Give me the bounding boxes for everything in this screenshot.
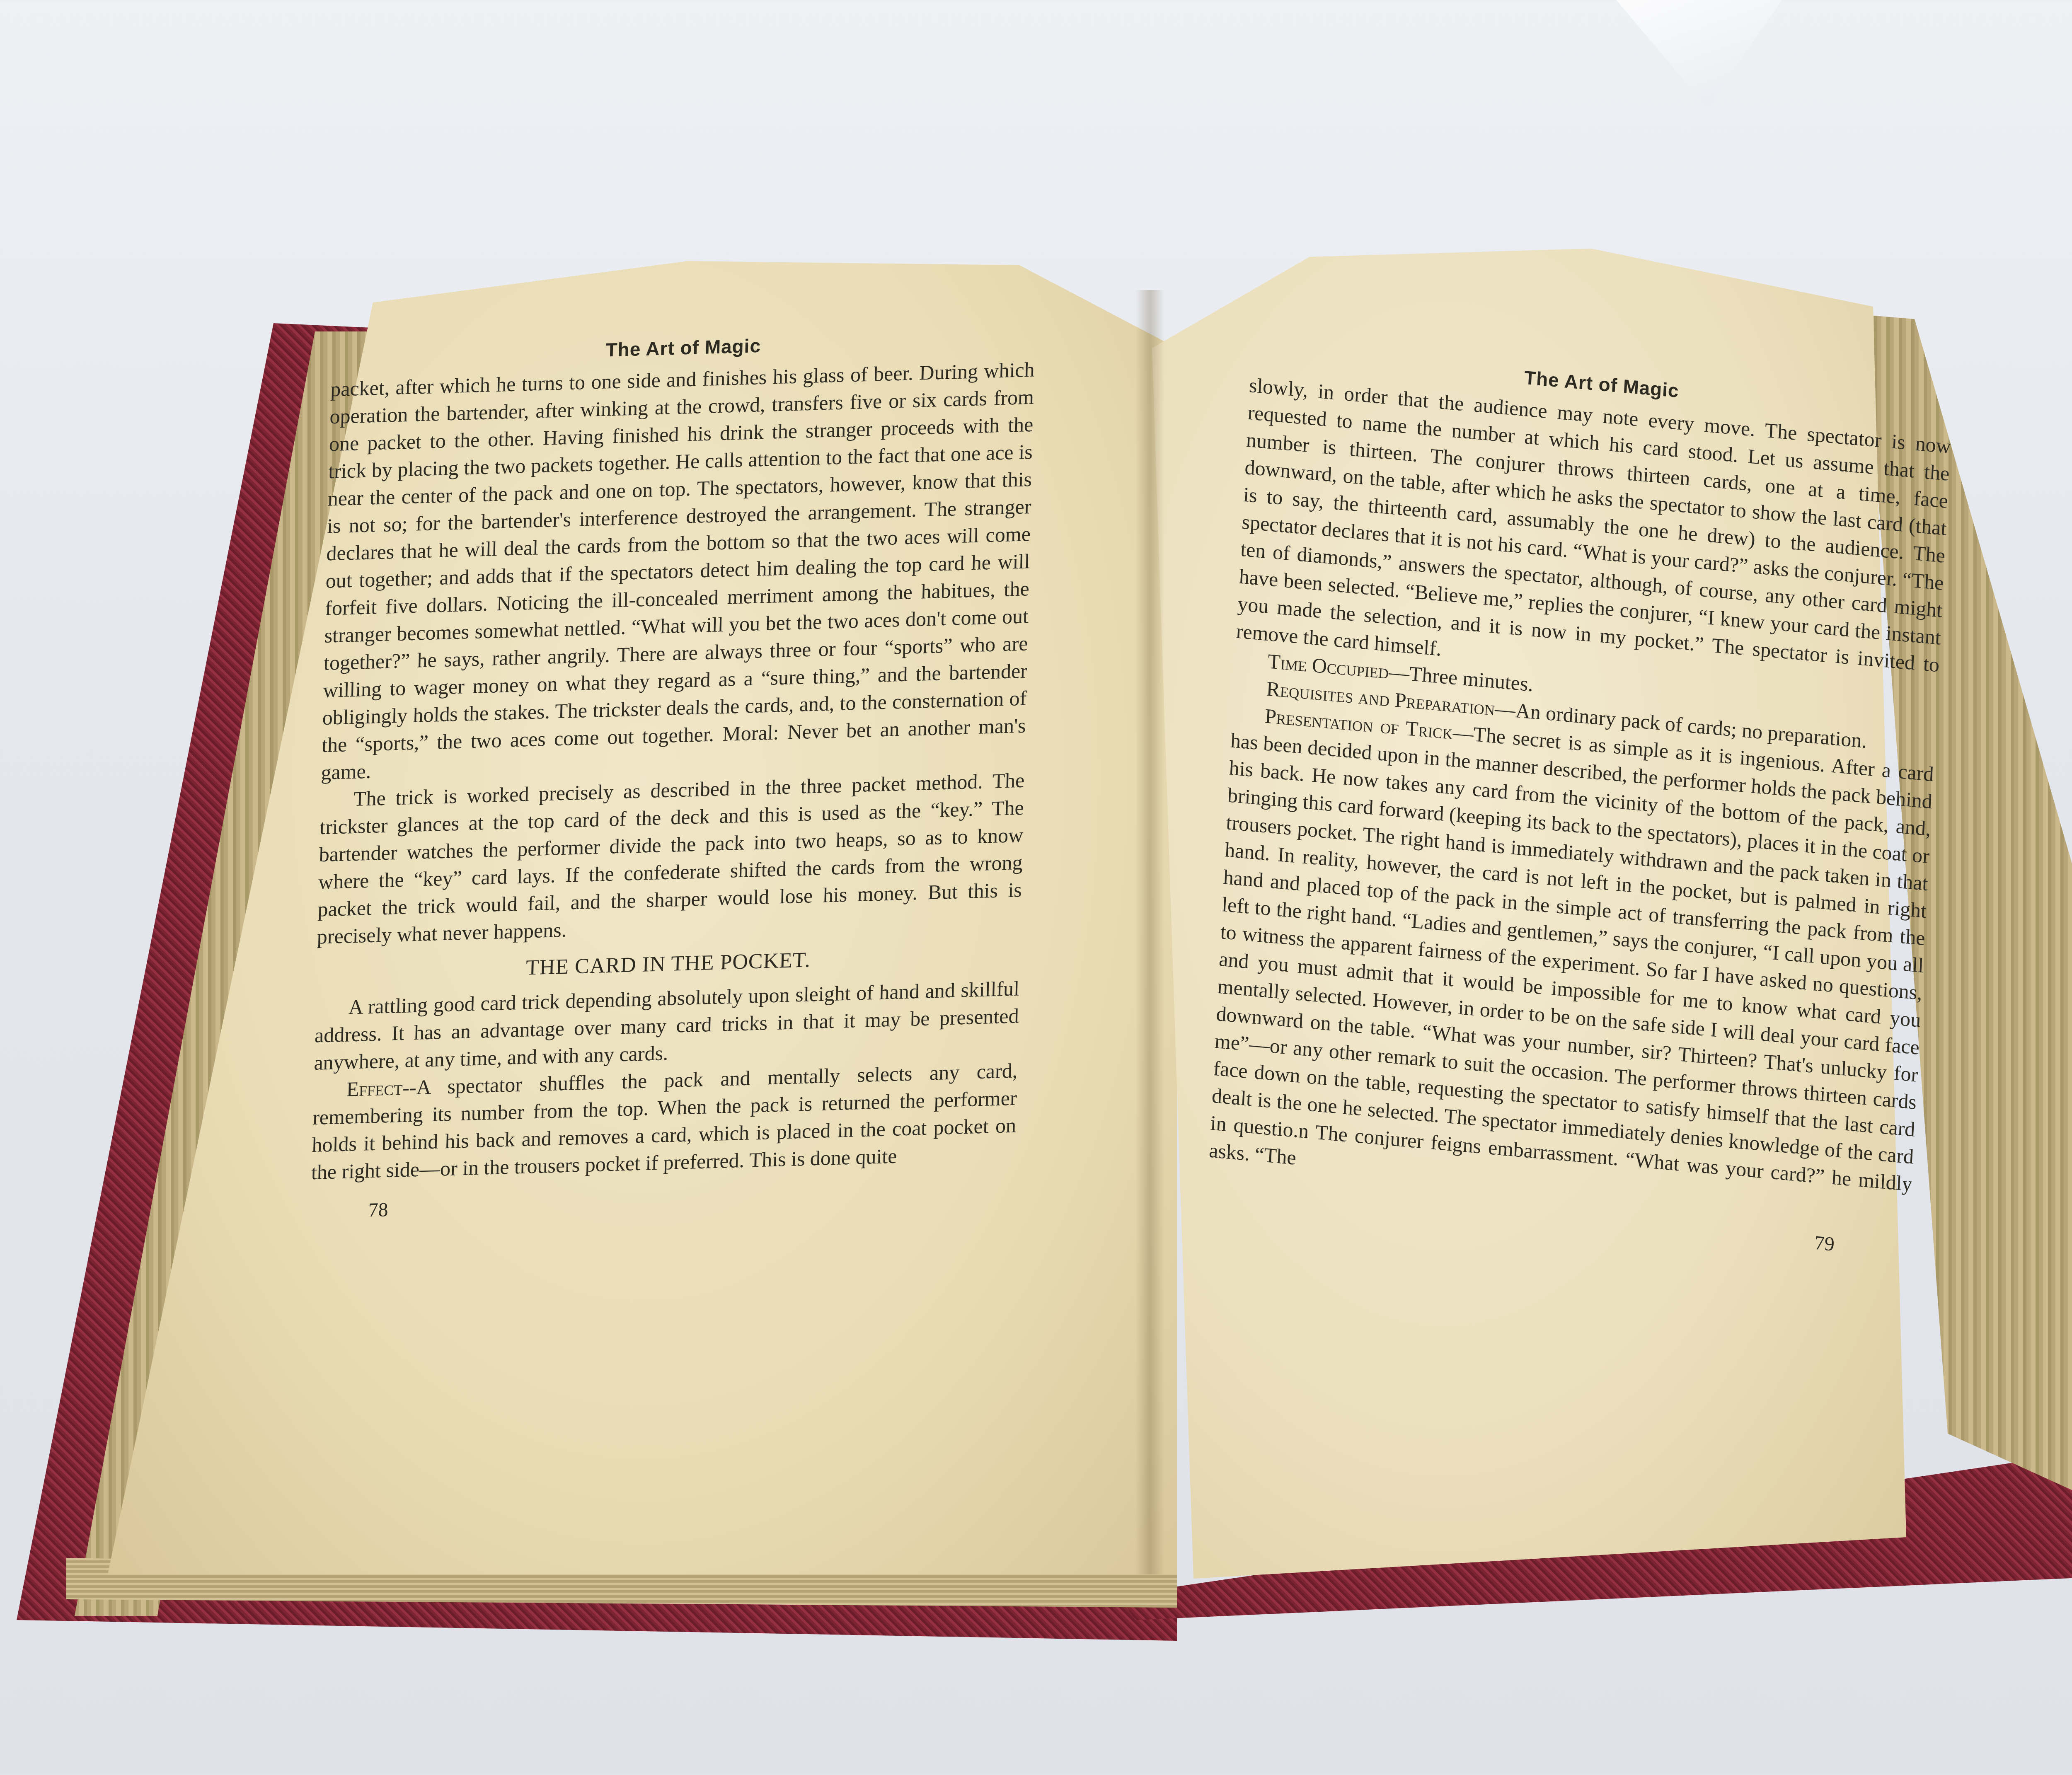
effect-label: Effect bbox=[346, 1076, 403, 1101]
presentation-paragraph: Presentation of Trick—The secret is as s… bbox=[1208, 699, 1934, 1225]
book-gutter bbox=[1135, 290, 1164, 1574]
effect-paragraph: Effect--A spectator shuffles the pack an… bbox=[311, 1057, 1018, 1186]
presentation-text: —The secret is as simple as it is ingeni… bbox=[1208, 721, 1934, 1196]
right-page-text: The Art of Magic slowly, in order that t… bbox=[1206, 340, 1953, 1265]
open-book: The Art of Magic packet, after which he … bbox=[0, 0, 2072, 1775]
paragraph: The trick is worked precisely as describ… bbox=[317, 767, 1025, 950]
paragraph: packet, after which he turns to one side… bbox=[321, 356, 1035, 786]
effect-text: --A spectator shuffles the pack and ment… bbox=[311, 1059, 1018, 1184]
left-page-text: The Art of Magic packet, after which he … bbox=[310, 324, 1036, 1226]
